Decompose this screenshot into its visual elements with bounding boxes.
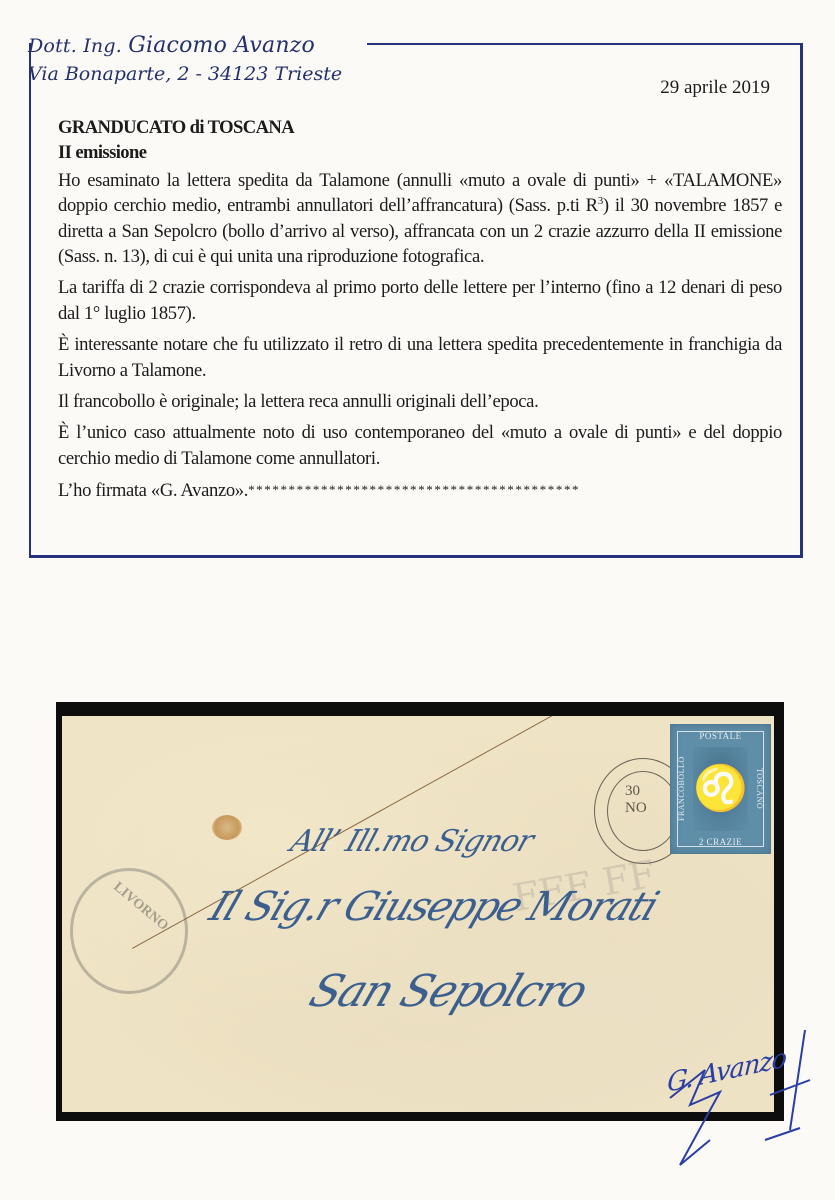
- stamp-left-text: FRANCOBOLLO: [677, 747, 689, 831]
- heading-state: GRANDUCATO di TOSCANA: [58, 115, 782, 140]
- paragraph-reuse: È interessante notare che fu utilizzato …: [58, 332, 782, 383]
- livorno-postmark: LIVORNO: [70, 868, 188, 994]
- star-filler: ****************************************…: [248, 482, 580, 497]
- signed-statement: L’ho firmata «G. Avanzo».: [58, 480, 248, 501]
- certificate-date: 29 aprile 2019: [660, 77, 770, 99]
- certificate-top-border: [367, 43, 803, 45]
- paper-stain: [212, 815, 242, 840]
- certificate-box: 29 aprile 2019 GRANDUCATO di TOSCANA II …: [29, 43, 803, 558]
- postmark-month: NO: [625, 800, 647, 817]
- paragraph-examination: Ho esaminato la lettera spedita da Talam…: [58, 168, 782, 270]
- livorno-postmark-text: LIVORNO: [108, 878, 172, 936]
- certificate-content: GRANDUCATO di TOSCANA II emissione Ho es…: [58, 115, 782, 510]
- talamone-postmark-date: 30 NO: [625, 783, 647, 817]
- address-line-2: Il Sig.r Giuseppe Morati: [204, 884, 664, 930]
- heading-emission: II emissione: [58, 140, 782, 165]
- paragraph-unique: È l’unico caso attualmente noto di uso c…: [58, 420, 782, 471]
- paragraph-tariff: La tariffa di 2 crazie corrispondeva al …: [58, 275, 782, 326]
- address-line-1: All’ Ill.mo Signor: [286, 824, 537, 859]
- paragraph-signed: L’ho firmata «G. Avanzo».***************…: [58, 477, 782, 503]
- expert-signature: G. Avanzo: [650, 1000, 820, 1170]
- address-line-3: San Sepolcro: [303, 966, 593, 1017]
- paragraph-authenticity: Il francobollo è originale; la lettera r…: [58, 389, 782, 414]
- postmark-day: 30: [625, 783, 647, 800]
- stamp-top-text: POSTALE: [685, 731, 756, 741]
- stamp-right-text: TOSCANO: [752, 747, 764, 831]
- postage-stamp: POSTALE FRANCOBOLLO TOSCANO ♌ 2 CRAZIE: [670, 724, 771, 854]
- stamp-value-text: 2 CRAZIE: [685, 837, 756, 847]
- marzocco-lion-icon: ♌: [693, 747, 748, 831]
